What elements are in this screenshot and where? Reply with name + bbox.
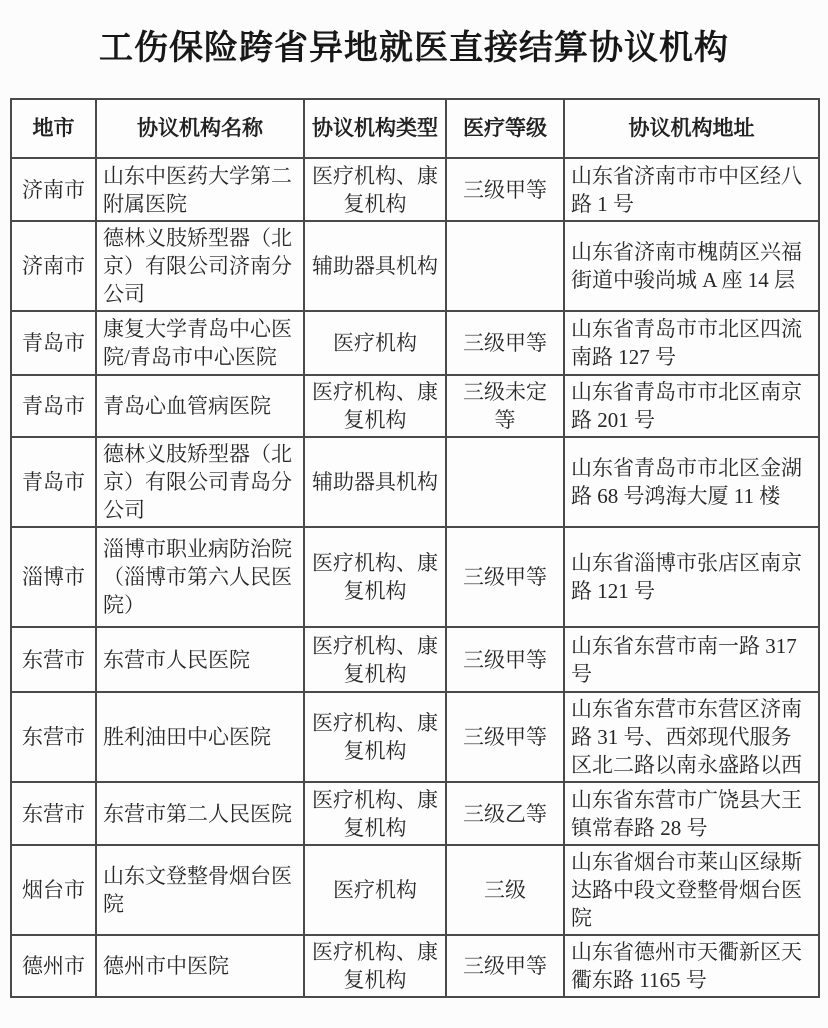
cell-address: 山东省青岛市市北区南京路 201 号 bbox=[564, 375, 819, 437]
cell-city: 东营市 bbox=[11, 782, 96, 845]
cell-city: 东营市 bbox=[11, 627, 96, 692]
column-header-city: 地市 bbox=[11, 99, 96, 158]
cell-type: 医疗机构、康复机构 bbox=[304, 782, 446, 845]
cell-level: 三级乙等 bbox=[446, 782, 564, 845]
cell-level: 三级甲等 bbox=[446, 627, 564, 692]
cell-level bbox=[446, 221, 564, 311]
cell-level: 三级甲等 bbox=[446, 311, 564, 375]
cell-type: 医疗机构、康复机构 bbox=[304, 527, 446, 627]
table-row: 烟台市 山东文登整骨烟台医院 医疗机构 三级 山东省烟台市莱山区绿斯达路中段文登… bbox=[11, 845, 819, 935]
cell-address: 山东省德州市天衢新区天衢东路 1165 号 bbox=[564, 935, 819, 997]
cell-city: 青岛市 bbox=[11, 311, 96, 375]
table-header-row: 地市 协议机构名称 协议机构类型 医疗等级 协议机构地址 bbox=[11, 99, 819, 158]
table-row: 东营市 胜利油田中心医院 医疗机构、康复机构 三级甲等 山东省东营市东营区济南路… bbox=[11, 692, 819, 782]
cell-name: 德林义肢矫型器（北京）有限公司青岛分公司 bbox=[96, 437, 304, 527]
cell-name: 康复大学青岛中心医院/青岛市中心医院 bbox=[96, 311, 304, 375]
cell-type: 医疗机构、康复机构 bbox=[304, 375, 446, 437]
cell-address: 山东省东营市东营区济南路 31 号、西郊现代服务区北二路以南永盛路以西 bbox=[564, 692, 819, 782]
column-header-level: 医疗等级 bbox=[446, 99, 564, 158]
cell-name: 淄博市职业病防治院（淄博市第六人民医院） bbox=[96, 527, 304, 627]
column-header-type: 协议机构类型 bbox=[304, 99, 446, 158]
cell-address: 山东省济南市槐荫区兴福街道中骏尚城 A 座 14 层 bbox=[564, 221, 819, 311]
cell-type: 医疗机构、康复机构 bbox=[304, 158, 446, 221]
table-row: 青岛市 德林义肢矫型器（北京）有限公司青岛分公司 辅助器具机构 山东省青岛市市北… bbox=[11, 437, 819, 527]
agreement-institutions-table: 地市 协议机构名称 协议机构类型 医疗等级 协议机构地址 济南市 山东中医药大学… bbox=[10, 98, 820, 998]
cell-address: 山东省青岛市市北区四流南路 127 号 bbox=[564, 311, 819, 375]
table-row: 德州市 德州市中医院 医疗机构、康复机构 三级甲等 山东省德州市天衢新区天衢东路… bbox=[11, 935, 819, 997]
cell-level bbox=[446, 437, 564, 527]
cell-name: 东营市人民医院 bbox=[96, 627, 304, 692]
cell-name: 德州市中医院 bbox=[96, 935, 304, 997]
cell-name: 东营市第二人民医院 bbox=[96, 782, 304, 845]
cell-level: 三级 bbox=[446, 845, 564, 935]
table-row: 济南市 德林义肢矫型器（北京）有限公司济南分公司 辅助器具机构 山东省济南市槐荫… bbox=[11, 221, 819, 311]
cell-city: 德州市 bbox=[11, 935, 96, 997]
cell-type: 医疗机构、康复机构 bbox=[304, 627, 446, 692]
cell-city: 青岛市 bbox=[11, 375, 96, 437]
document-page: 工伤保险跨省异地就医直接结算协议机构 地市 协议机构名称 协议机构类型 医疗等级… bbox=[0, 0, 828, 1028]
cell-type: 辅助器具机构 bbox=[304, 437, 446, 527]
cell-city: 青岛市 bbox=[11, 437, 96, 527]
table-row: 青岛市 康复大学青岛中心医院/青岛市中心医院 医疗机构 三级甲等 山东省青岛市市… bbox=[11, 311, 819, 375]
cell-address: 山东省东营市广饶县大王镇常春路 28 号 bbox=[564, 782, 819, 845]
cell-type: 辅助器具机构 bbox=[304, 221, 446, 311]
table-row: 淄博市 淄博市职业病防治院（淄博市第六人民医院） 医疗机构、康复机构 三级甲等 … bbox=[11, 527, 819, 627]
cell-city: 济南市 bbox=[11, 221, 96, 311]
cell-address: 山东省淄博市张店区南京路 121 号 bbox=[564, 527, 819, 627]
cell-level: 三级甲等 bbox=[446, 692, 564, 782]
cell-type: 医疗机构 bbox=[304, 845, 446, 935]
cell-city: 烟台市 bbox=[11, 845, 96, 935]
cell-address: 山东省东营市南一路 317 号 bbox=[564, 627, 819, 692]
table-row: 东营市 东营市第二人民医院 医疗机构、康复机构 三级乙等 山东省东营市广饶县大王… bbox=[11, 782, 819, 845]
table-row: 东营市 东营市人民医院 医疗机构、康复机构 三级甲等 山东省东营市南一路 317… bbox=[11, 627, 819, 692]
cell-name: 德林义肢矫型器（北京）有限公司济南分公司 bbox=[96, 221, 304, 311]
cell-type: 医疗机构、康复机构 bbox=[304, 935, 446, 997]
cell-address: 山东省济南市市中区经八路 1 号 bbox=[564, 158, 819, 221]
cell-level: 三级甲等 bbox=[446, 935, 564, 997]
cell-name: 青岛心血管病医院 bbox=[96, 375, 304, 437]
cell-level: 三级甲等 bbox=[446, 527, 564, 627]
column-header-address: 协议机构地址 bbox=[564, 99, 819, 158]
cell-address: 山东省烟台市莱山区绿斯达路中段文登整骨烟台医院 bbox=[564, 845, 819, 935]
table-row: 济南市 山东中医药大学第二附属医院 医疗机构、康复机构 三级甲等 山东省济南市市… bbox=[11, 158, 819, 221]
cell-level: 三级甲等 bbox=[446, 158, 564, 221]
cell-name: 胜利油田中心医院 bbox=[96, 692, 304, 782]
cell-name: 山东文登整骨烟台医院 bbox=[96, 845, 304, 935]
cell-city: 东营市 bbox=[11, 692, 96, 782]
cell-city: 济南市 bbox=[11, 158, 96, 221]
cell-address: 山东省青岛市市北区金湖路 68 号鸿海大厦 11 楼 bbox=[564, 437, 819, 527]
cell-type: 医疗机构、康复机构 bbox=[304, 692, 446, 782]
column-header-name: 协议机构名称 bbox=[96, 99, 304, 158]
cell-type: 医疗机构 bbox=[304, 311, 446, 375]
page-title: 工伤保险跨省异地就医直接结算协议机构 bbox=[0, 0, 828, 98]
cell-city: 淄博市 bbox=[11, 527, 96, 627]
cell-name: 山东中医药大学第二附属医院 bbox=[96, 158, 304, 221]
cell-level: 三级未定等 bbox=[446, 375, 564, 437]
table-row: 青岛市 青岛心血管病医院 医疗机构、康复机构 三级未定等 山东省青岛市市北区南京… bbox=[11, 375, 819, 437]
